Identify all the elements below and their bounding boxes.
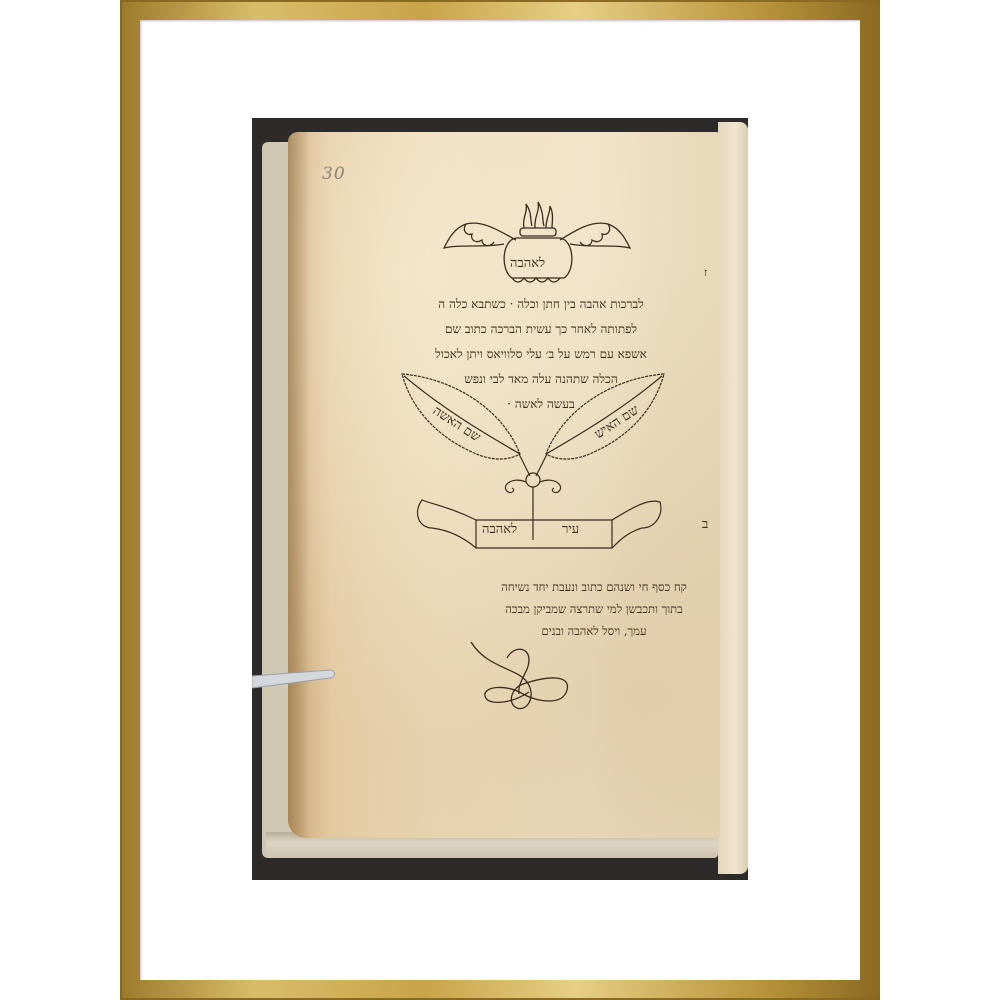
scroll-label-left: עיר (562, 521, 579, 537)
page-gutter-shadow (288, 132, 310, 838)
calligraphic-flourish-icon (467, 638, 577, 718)
scroll-label-right: לאהבה (482, 521, 517, 537)
text-line: לברכות אהבה בין חתן וכלה · כשתבא כלה ה (396, 292, 686, 317)
two-leaves-and-scroll-drawing (392, 368, 682, 568)
manuscript-photograph: 30 לאהבה לברכות אהבה בין חתן וכלה · כשתב… (252, 118, 748, 880)
lower-text-block: קח כסף חי ושנהם כתוב ונעבת יחד נשיחה בתו… (474, 576, 714, 642)
margin-mark-top: ז (704, 266, 707, 279)
text-line: בתוך ותכבשן למי שתרצה שמביקן מבכה (474, 598, 714, 620)
text-line: קח כסף חי ושנהם כתוב ונעבת יחד נשיחה (474, 576, 714, 598)
folio-number: 30 (322, 164, 346, 184)
page-clip-holder (252, 666, 336, 690)
lamp-heading-label: לאהבה (510, 255, 545, 271)
facing-page-edge (718, 122, 748, 874)
winged-lamp-icon (442, 200, 632, 290)
margin-mark-lower: ב (702, 516, 708, 532)
text-line: לפתותה לאחר כך עשית הברכה כתוב שם (396, 317, 686, 342)
text-line: אשפא עם רמש על ב׳ עלי סלוויאס ויתן לאכול (396, 342, 686, 367)
